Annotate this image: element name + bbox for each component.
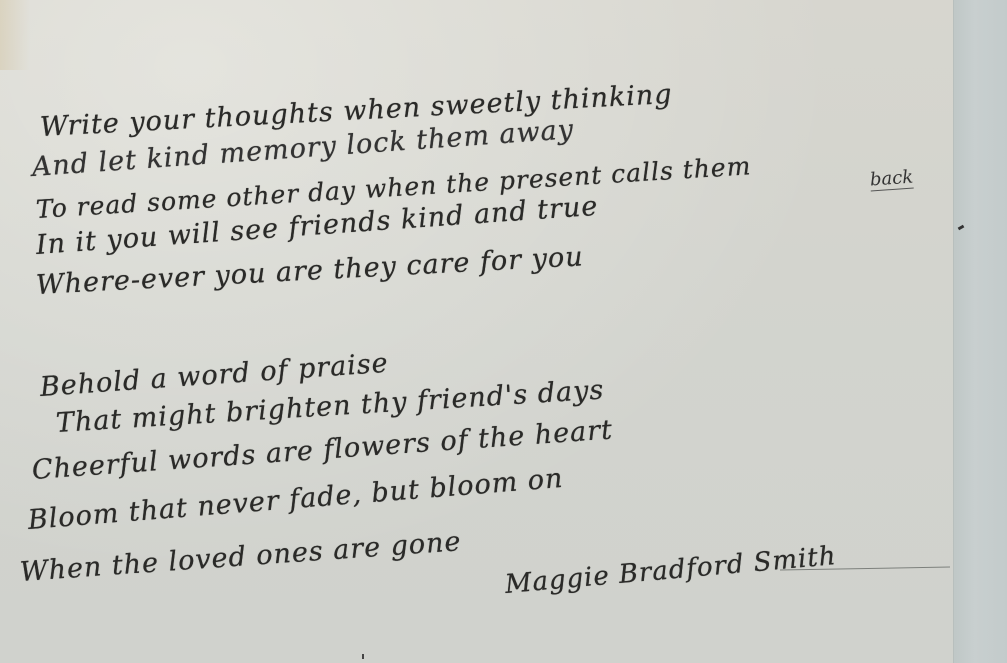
handwritten-page: Write your thoughts when sweetly thinkin…	[0, 0, 954, 663]
poem-line-10: When the loved ones are gone	[19, 526, 463, 588]
background-surface	[953, 0, 1007, 663]
signature: Maggie Bradford Smith	[504, 541, 838, 600]
ink-mark	[362, 654, 364, 659]
inserted-word: back	[869, 167, 914, 192]
